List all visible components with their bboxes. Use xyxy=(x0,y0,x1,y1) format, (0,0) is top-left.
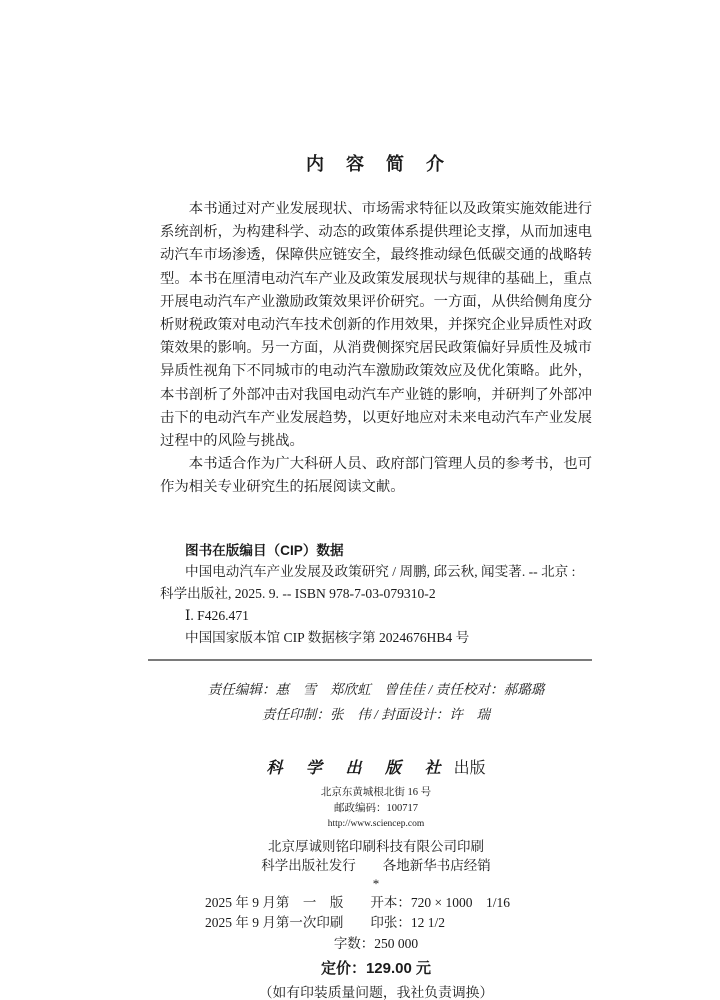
cip-registry: 中国国家版本馆 CIP 数据核字第 2024676HB4 号 xyxy=(185,627,592,649)
cip-block: 图书在版编目（CIP）数据 中国电动汽车产业发展及政策研究 / 周鹏, 邱云秋,… xyxy=(160,540,592,649)
copyright-page: 内 容 简 介 本书通过对产业发展现状、市场需求特征以及政策实施效能进行系统剖析… xyxy=(0,0,720,1000)
cip-classification: Ⅰ. F426.471 xyxy=(185,605,592,627)
printer-line: 北京厚诚则铭印刷科技有限公司印刷 xyxy=(160,837,592,856)
first-edition-line: 2025 年 9 月第 一 版 开本：720 × 1000 1/16 xyxy=(160,893,592,914)
price-line: 定价：129.00 元 xyxy=(160,958,592,980)
word-count-line: 字数：250 000 xyxy=(160,934,592,955)
credits-editors: 责任编辑：惠 雪 郑欣虹 曾佳佳 / 责任校对：郝璐璐 xyxy=(160,677,592,702)
intro-paragraph-1: 本书通过对产业发展现状、市场需求特征以及政策实施效能进行系统剖析，为构建科学、动… xyxy=(160,198,592,453)
credits-block: 责任编辑：惠 雪 郑欣虹 曾佳佳 / 责任校对：郝璐璐 责任印制：张 伟 / 封… xyxy=(160,677,592,727)
credits-print-design: 责任印制：张 伟 / 封面设计：许 瑞 xyxy=(160,702,592,727)
intro-title: 内 容 简 介 xyxy=(160,150,592,176)
publisher-postcode: 邮政编码：100717 xyxy=(160,801,592,817)
intro-paragraph-2: 本书适合作为广大科研人员、政府部门管理人员的参考书，也可作为相关专业研究生的拓展… xyxy=(160,453,592,499)
separator-asterisk: * xyxy=(160,875,592,892)
cip-title-line: 中国电动汽车产业发展及政策研究 / 周鹏, 邱云秋, 闻雯著. -- 北京 : xyxy=(185,561,592,583)
publisher-logo-line: 科 学 出 版 社 出版 xyxy=(160,755,592,778)
publisher-block: 科 学 出 版 社 出版 北京东黄城根北街 16 号 邮政编码：100717 h… xyxy=(160,755,592,892)
quality-note: （如有印装质量问题，我社负责调换） xyxy=(160,983,592,1000)
cip-heading: 图书在版编目（CIP）数据 xyxy=(185,540,592,562)
page-content: 内 容 简 介 本书通过对产业发展现状、市场需求特征以及政策实施效能进行系统剖析… xyxy=(160,150,592,1000)
publisher-website: http://www.sciencep.com xyxy=(160,817,592,832)
publisher-address: 北京东黄城根北街 16 号 xyxy=(160,785,592,801)
edition-block: 2025 年 9 月第 一 版 开本：720 × 1000 1/16 2025 … xyxy=(160,893,592,1000)
science-press-logo: 科 学 出 版 社 xyxy=(266,758,449,777)
publish-label: 出版 xyxy=(450,760,486,777)
cip-divider-rule xyxy=(148,659,592,661)
distribution-line: 科学出版社发行 各地新华书店经销 xyxy=(160,856,592,875)
first-printing-line: 2025 年 9 月第一次印刷 印张：12 1/2 xyxy=(160,913,592,934)
cip-publisher-line: 科学出版社, 2025. 9. -- ISBN 978-7-03-079310-… xyxy=(160,583,592,605)
intro-body: 本书通过对产业发展现状、市场需求特征以及政策实施效能进行系统剖析，为构建科学、动… xyxy=(160,198,592,500)
